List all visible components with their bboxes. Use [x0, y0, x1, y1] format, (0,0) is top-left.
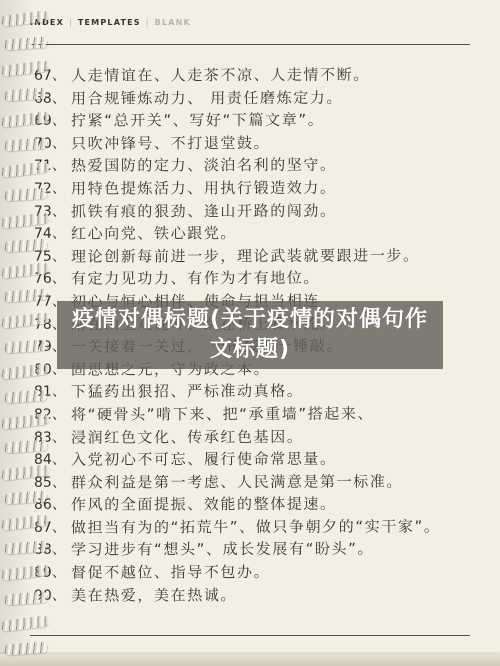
spiral-ring-icon: [4, 137, 49, 151]
spiral-ring-icon: [1, 464, 50, 481]
spiral-ring-icon: [4, 238, 49, 252]
list-item-text: 学习进步有“想头”、成长发展有“盼头”。: [71, 538, 374, 560]
list-item-text: 拧紧“总开关”、写好“下篇文章”。: [71, 109, 324, 131]
list-item-text: 理论创新每前进一步，理论武装就要跟进一步。: [71, 244, 420, 266]
spiral-ring-icon: [1, 514, 50, 531]
list-item: 70、只吹冲锋号、不打退堂鼓。: [34, 130, 494, 154]
list-item-text: 用合规锤炼动力、 用责任磨炼定力。: [71, 86, 343, 108]
spiral-ring-icon: [4, 490, 49, 504]
list-item: 81、下猛药出狠招、严标准动真格。: [34, 379, 494, 403]
spiral-ring-icon: [4, 440, 49, 454]
list-item-text: 群众利益是第一考虑、人民满意是第一标准。: [71, 470, 403, 492]
list-item-text: 热爱国防的定力、淡泊名利的坚守。: [71, 154, 337, 176]
nav-item-templates[interactable]: TEMPLATES: [78, 18, 141, 27]
spiral-ring-icon: [4, 591, 49, 605]
list-item: 84、入党初心不可忘、履行使命常思量。: [34, 446, 494, 470]
list-item-text: 督促不越位、指导不包办。: [71, 561, 270, 583]
list-item-text: 人走情谊在、人走茶不凉、人走情不断。: [71, 63, 370, 85]
spiral-ring-icon: [4, 87, 49, 101]
spiral-ring-icon: [4, 641, 49, 655]
spiral-ring-icon: [4, 37, 49, 51]
nav-separator: |: [146, 18, 150, 27]
list-item-text: 浸润红色文化、传承红色基因。: [71, 425, 303, 447]
list-item: 88、学习进步有“想头”、成长发展有“盼头”。: [34, 537, 494, 561]
list-item: 75、理论创新每前进一步，理论武装就要跟进一步。: [34, 243, 494, 267]
spiral-ring-icon: [1, 313, 50, 330]
spiral-ring-icon: [4, 339, 49, 353]
list-item: 87、做担当有为的“拓荒牛”、做只争朝夕的“实干家”。: [34, 514, 494, 538]
list-item: 74、红心向党、铁心跟党。: [34, 220, 494, 244]
list-item: 86、作风的全面提振、效能的整体提速。: [34, 491, 494, 515]
header-divider: [30, 44, 470, 45]
notebook-page: INDEX | TEMPLATES | BLANK 67、人走情谊在、人走茶不凉…: [0, 0, 500, 666]
spiral-ring-icon: [4, 389, 49, 403]
spiral-ring-icon: [1, 565, 50, 582]
list-item-text: 抓铁有痕的狠劲、逢山开路的闯劲。: [71, 199, 337, 221]
list-item-text: 做担当有为的“拓荒牛”、做只争朝夕的“实干家”。: [71, 515, 441, 537]
spiral-ring-icon: [4, 289, 49, 303]
list-item: 90、美在热爱，美在热诚。: [34, 582, 494, 606]
list-item: 69、拧紧“总开关”、写好“下篇文章”。: [34, 107, 494, 131]
spiral-ring-icon: [1, 413, 50, 430]
list-item: 73、抓铁有痕的狠劲、逢山开路的闯劲。: [34, 198, 494, 222]
spiral-ring-icon: [1, 363, 50, 380]
list-item-text: 用特色提炼活力、用执行锻造效力。: [71, 177, 337, 199]
list-item: 85、群众利益是第一考虑、人民满意是第一标准。: [34, 469, 494, 493]
list-item: 72、用特色提炼活力、用执行锻造效力。: [34, 175, 494, 199]
spiral-binding: [0, 0, 56, 666]
list-item: 76、有定力见功力、有作为才有地位。: [34, 266, 494, 290]
list-item-text: 将“硬骨头”啃下来、把“承重墙”搭起来、: [71, 402, 374, 424]
nav-item-blank[interactable]: BLANK: [155, 18, 191, 27]
watermark-title-overlay: 疫情对偶标题(关于疫情的对偶句作文标题): [57, 301, 443, 369]
list-item: 82、将“硬骨头”啃下来、把“承重墙”搭起来、: [34, 401, 494, 425]
nav-separator: |: [69, 18, 73, 27]
list-item: 67、人走情谊在、人走茶不凉、人走情不断。: [34, 62, 494, 86]
list-item-text: 红心向党、铁心跟党。: [71, 222, 237, 244]
spiral-ring-icon: [1, 615, 50, 632]
list-item-text: 只吹冲锋号、不打退堂鼓。: [71, 132, 270, 154]
list-item-text: 美在热爱，美在热诚。: [71, 584, 237, 606]
spiral-ring-icon: [1, 61, 50, 78]
list-item-text: 作风的全面提振、效能的整体提速。: [71, 493, 337, 515]
footer-divider: [30, 635, 470, 636]
list-item: 89、督促不越位、指导不包办。: [34, 559, 494, 583]
overlay-title-text: 疫情对偶标题(关于疫情的对偶句作文标题): [65, 305, 435, 365]
spiral-ring-icon: [1, 10, 50, 27]
spiral-ring-icon: [1, 111, 50, 128]
spiral-ring-icon: [4, 541, 49, 555]
list-item-text: 下猛药出狠招、严标准动真格。: [71, 380, 303, 402]
spiral-ring-icon: [4, 188, 49, 202]
list-item: 71、热爱国防的定力、淡泊名利的坚守。: [34, 153, 494, 177]
page-bottom-edge: [0, 654, 500, 666]
spiral-ring-icon: [1, 212, 50, 229]
list-item-text: 入党初心不可忘、履行使命常思量。: [71, 448, 337, 470]
list-item: 68、用合规锤炼动力、 用责任磨炼定力。: [34, 85, 494, 109]
list-item: 83、浸润红色文化、传承红色基因。: [34, 424, 494, 448]
list-item-text: 有定力见功力、有作为才有地位。: [71, 267, 320, 289]
spiral-ring-icon: [1, 262, 50, 279]
spiral-ring-icon: [1, 161, 50, 178]
